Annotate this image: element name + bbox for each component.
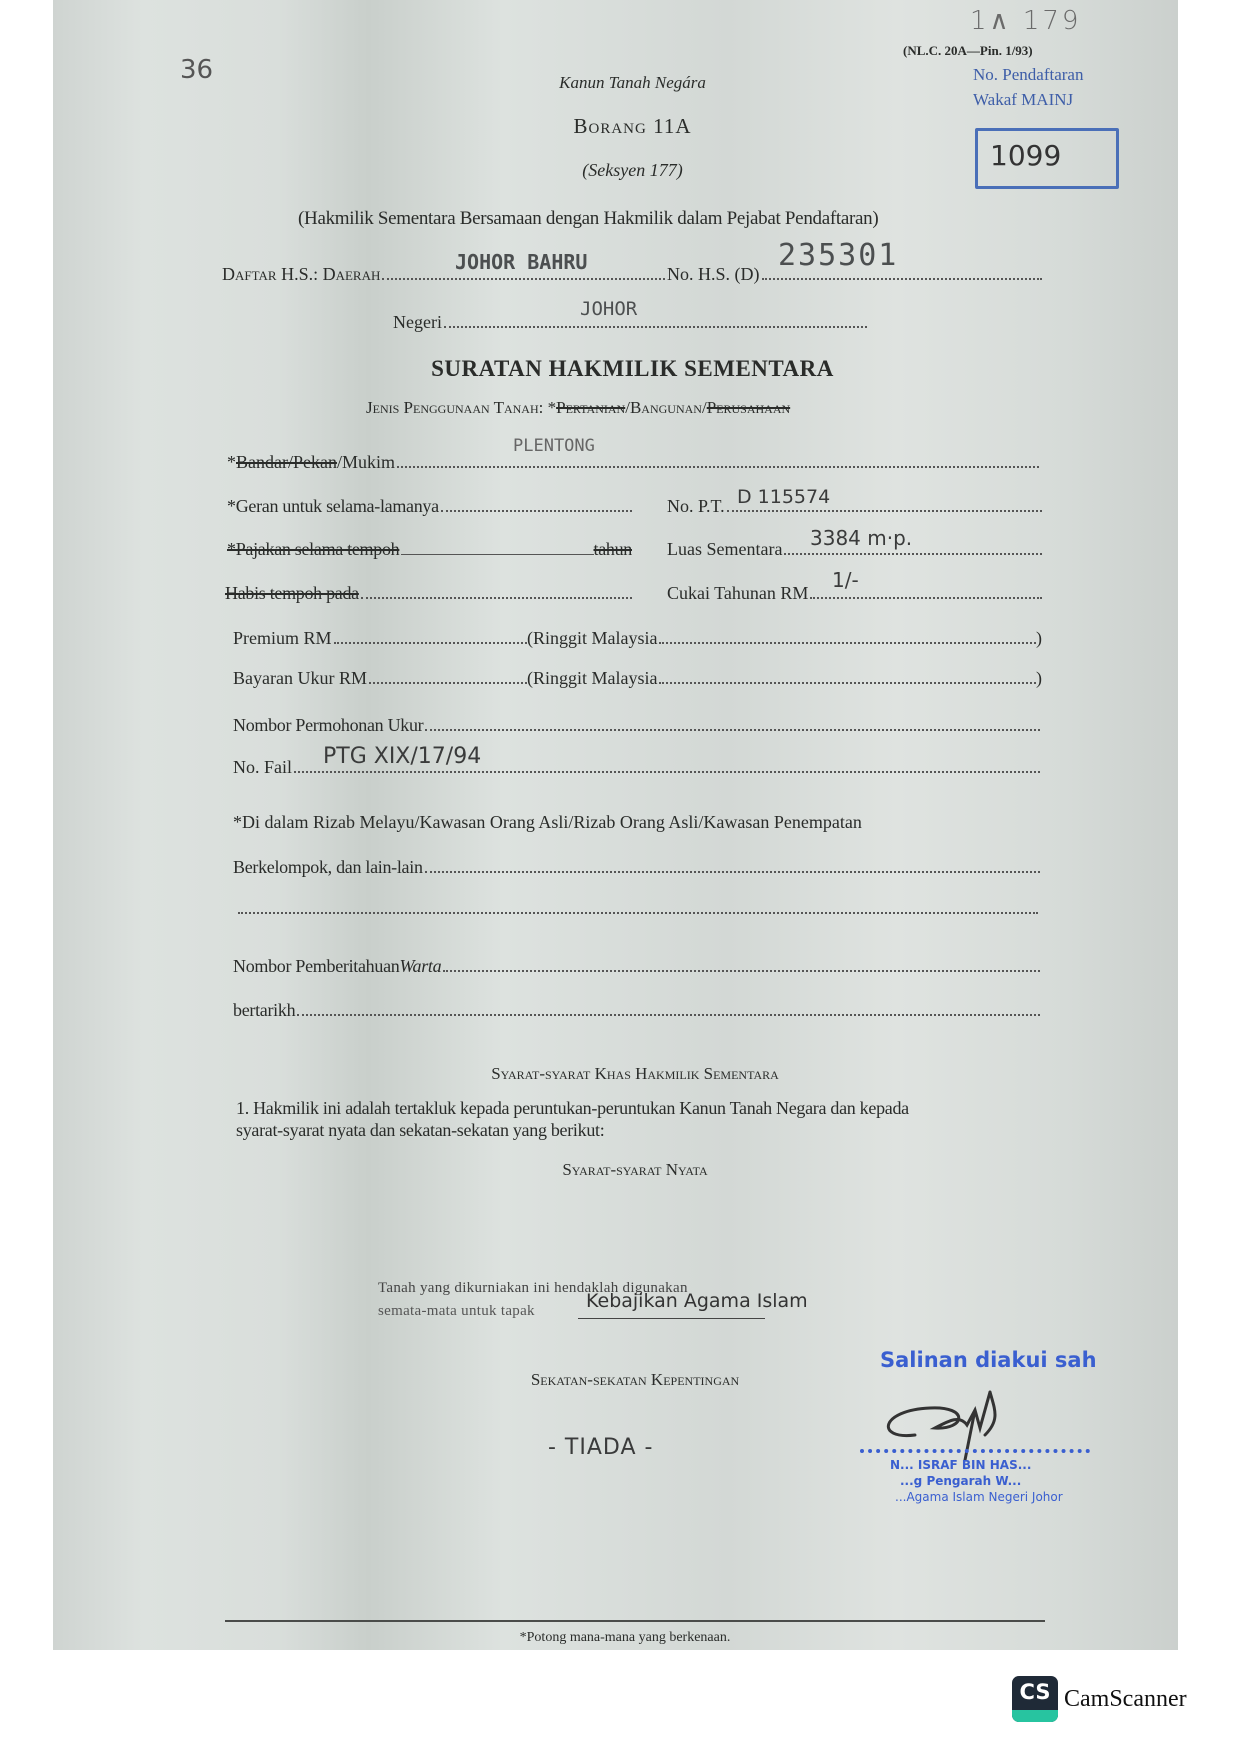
certification-stamp-org: ...Agama Islam Negeri Johor xyxy=(895,1490,1063,1504)
habis-label: Habis tempoh pada xyxy=(225,583,359,604)
bertarikh-field: bertarikh xyxy=(233,1000,1040,1021)
premium-label: Premium RM xyxy=(233,628,332,649)
wakaf-stamp-line2: Wakaf MAINJ xyxy=(973,90,1073,110)
luas-label: Luas Sementara xyxy=(667,539,782,560)
negeri-label: Negeri xyxy=(393,312,442,333)
margin-note-right: 1∧ 179 xyxy=(970,6,1081,36)
cukai-label: Cukai Tahunan RM xyxy=(667,583,808,604)
express-conditions-heading: Syarat-syarat Nyata xyxy=(0,1160,1240,1180)
subtitle: (Hakmilik Sementara Bersamaan dengan Hak… xyxy=(298,208,878,230)
fail-label: No. Fail xyxy=(233,757,292,778)
hs-value: 235301 xyxy=(778,238,898,273)
bayaran-field: Bayaran Ukur RM xyxy=(233,668,527,689)
land-use-option-bangunan: Bangunan xyxy=(630,398,702,417)
act-title: Kanun Tanah Negára xyxy=(0,73,1240,93)
bertarikh-label: bertarikh xyxy=(233,1000,295,1021)
land-use-option-pertanian: Pertanian xyxy=(556,398,625,417)
clause-1-line-1: 1. Hakmilik ini adalah tertakluk kepada … xyxy=(236,1098,909,1119)
mukim-label-struck: Bandar/Pekan xyxy=(236,452,337,473)
daerah-value: JOHOR BAHRU xyxy=(455,250,587,274)
pt-field: No. P.T. xyxy=(667,496,1042,517)
signature-icon xyxy=(875,1380,1035,1460)
camscanner-brand: CamScanner xyxy=(1064,1686,1187,1713)
mukim-label: /Mukim xyxy=(337,452,395,473)
express-condition-prefix: semata-mata untuk tapak xyxy=(378,1303,535,1319)
premium-ringgit-field: (Ringgit Malaysia) xyxy=(527,628,1042,649)
restrictions-value: - TIADA - xyxy=(548,1435,653,1460)
habis-field: Habis tempoh pada xyxy=(225,583,632,604)
express-condition-line-2: semata-mata untuk tapak xyxy=(378,1303,535,1320)
certification-stamp-name: N... ISRAF BIN HAS... xyxy=(890,1458,1031,1472)
warta-field: Nombor Pemberitahuan Warta xyxy=(233,956,1040,977)
pajakan-suffix: tahun xyxy=(594,539,633,560)
clause-1-line-2: syarat-syarat nyata dan sekatan-sekatan … xyxy=(236,1120,604,1141)
pajakan-label: *Pajakan selama tempoh xyxy=(227,539,399,560)
certification-stamp-role: ...g Pengarah W... xyxy=(900,1474,1021,1488)
document-title: SURATAN HAKMILIK SEMENTARA xyxy=(0,356,1240,382)
stamp-dotted-line xyxy=(860,1449,1090,1453)
footer-rule xyxy=(225,1620,1045,1622)
premium-ringgit-label: (Ringgit Malaysia xyxy=(527,628,657,649)
express-underline xyxy=(578,1318,765,1319)
land-use-option-perusahaan: Perusahaan xyxy=(707,398,790,417)
geran-field: *Geran untuk selama-lamanya xyxy=(227,496,632,517)
pt-value: D 115574 xyxy=(737,486,830,508)
form-reference: (NL.C. 20A—Pin. 1/93) xyxy=(903,43,1033,59)
daerah-label: Daftar H.S.: Daerah xyxy=(222,264,380,285)
fail-value: PTG XIX/17/94 xyxy=(323,744,481,769)
conditions-heading: Syarat-syarat Khas Hakmilik Sementara xyxy=(0,1064,1240,1084)
camscanner-logo: CS xyxy=(1012,1676,1058,1722)
negeri-value: JOHOR xyxy=(580,298,637,320)
mukim-field: *Bandar/Pekan/Mukim xyxy=(227,452,1039,473)
cukai-value: 1/- xyxy=(832,568,859,592)
premium-field: Premium RM xyxy=(233,628,527,649)
bayaran-ringgit-field: (Ringgit Malaysia) xyxy=(527,668,1042,689)
pajakan-field: *Pajakan selama tempohtahun xyxy=(227,539,632,562)
pt-label: No. P.T. xyxy=(667,496,725,517)
geran-label: *Geran untuk selama-lamanya xyxy=(227,496,439,517)
logo-accent xyxy=(1012,1710,1058,1722)
footnote: *Potong mana-mana yang berkenaan. xyxy=(0,1630,1240,1646)
warta-italic: Warta xyxy=(399,956,441,977)
restrictions-heading: Sekatan-sekatan Kepentingan xyxy=(0,1370,1240,1390)
warta-label: Nombor Pemberitahuan xyxy=(233,956,399,977)
express-handwritten-purpose: Kebajikan Agama Islam xyxy=(586,1290,808,1312)
permohonan-label: Nombor Permohonan Ukur xyxy=(233,715,423,736)
hs-label: No. H.S. (D) xyxy=(667,264,760,285)
land-use-label: Jenis Penggunaan Tanah: * xyxy=(366,398,556,417)
permohonan-field: Nombor Permohonan Ukur xyxy=(233,715,1040,736)
logo-text: CS xyxy=(1012,1680,1058,1704)
land-use-line: Jenis Penggunaan Tanah: *Pertanian/Bangu… xyxy=(366,398,790,418)
daerah-field: Daftar H.S.: Daerah xyxy=(222,264,665,285)
rizab-extra-line xyxy=(238,912,1038,914)
form-title: Borang 11A xyxy=(0,114,1240,139)
rizab-line-1: *Di dalam Rizab Melayu/Kawasan Orang Asl… xyxy=(233,812,862,833)
rizab-field: Berkelompok, dan lain-lain xyxy=(233,857,1040,878)
luas-value: 3384 m·p. xyxy=(810,526,912,550)
certification-stamp-title: Salinan diakui sah xyxy=(880,1348,1097,1372)
rizab-line-2: Berkelompok, dan lain-lain xyxy=(233,857,423,878)
bayaran-label: Bayaran Ukur RM xyxy=(233,668,367,689)
bayaran-ringgit-label: (Ringgit Malaysia xyxy=(527,668,657,689)
section-ref: (Seksyen 177) xyxy=(0,160,1240,181)
